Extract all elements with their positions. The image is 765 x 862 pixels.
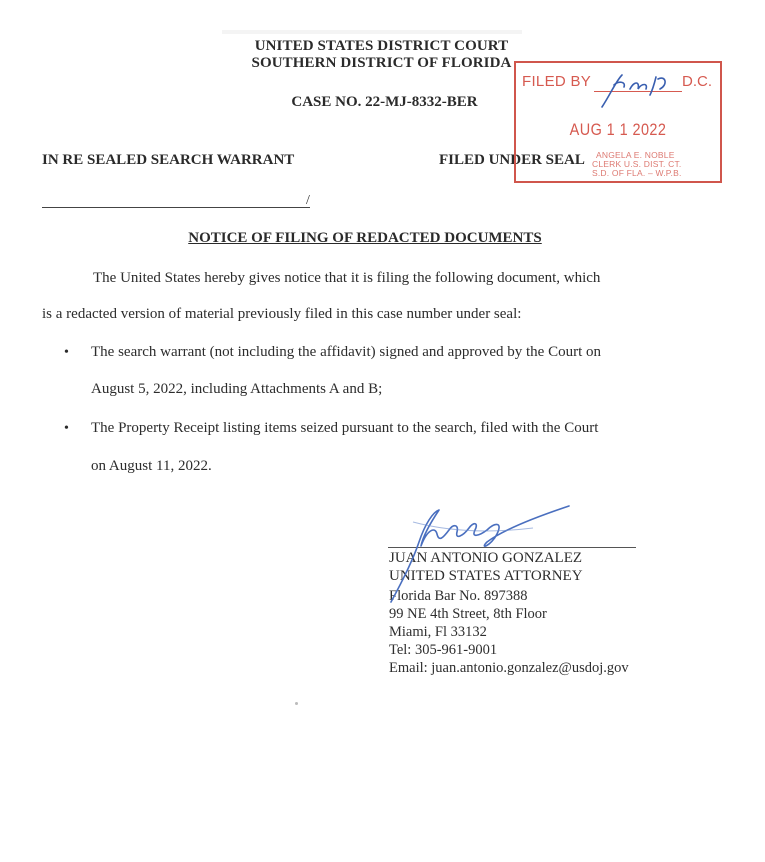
case-caption-matter: IN RE SEALED SEARCH WARRANT — [42, 152, 294, 169]
notice-paragraph-line-2: is a redacted version of material previo… — [42, 306, 521, 323]
scan-speck — [295, 702, 298, 705]
list-item-1-line-1: The search warrant (not including the af… — [91, 344, 601, 361]
notice-paragraph-line-1: The United States hereby gives notice th… — [93, 270, 600, 287]
signer-address-line-2: Miami, Fl 33132 — [389, 624, 487, 641]
notice-title: NOTICE OF FILING OF REDACTED DOCUMENTS — [0, 230, 730, 247]
caption-underline — [42, 207, 310, 208]
list-item-2-line-2: on August 11, 2022. — [91, 458, 212, 475]
court-name-line-1: UNITED STATES DISTRICT COURT — [0, 38, 764, 55]
stamp-clerk-district: S.D. OF FLA. – W.P.B. — [592, 169, 682, 178]
signer-email: Email: juan.antonio.gonzalez@usdoj.gov — [389, 660, 629, 677]
handwritten-signature-icon — [383, 500, 583, 610]
stamp-dc-label: D.C. — [682, 73, 712, 90]
clerk-initials-handwriting-icon — [596, 71, 686, 111]
bullet-icon: • — [64, 421, 69, 437]
list-item-2-line-1: The Property Receipt listing items seize… — [91, 420, 598, 437]
bleed-through-text — [222, 30, 522, 34]
bullet-icon: • — [64, 345, 69, 361]
caption-slash: / — [306, 193, 310, 209]
stamp-filed-by-label: FILED BY — [522, 73, 591, 90]
stamp-date: AUG 1 1 2022 — [531, 120, 704, 140]
signer-telephone: Tel: 305-961-9001 — [389, 642, 497, 659]
clerk-filing-stamp: FILED BY D.C. AUG 1 1 2022 ANGELA E. NOB… — [514, 61, 722, 183]
list-item-1-line-2: August 5, 2022, including Attachments A … — [91, 381, 382, 398]
